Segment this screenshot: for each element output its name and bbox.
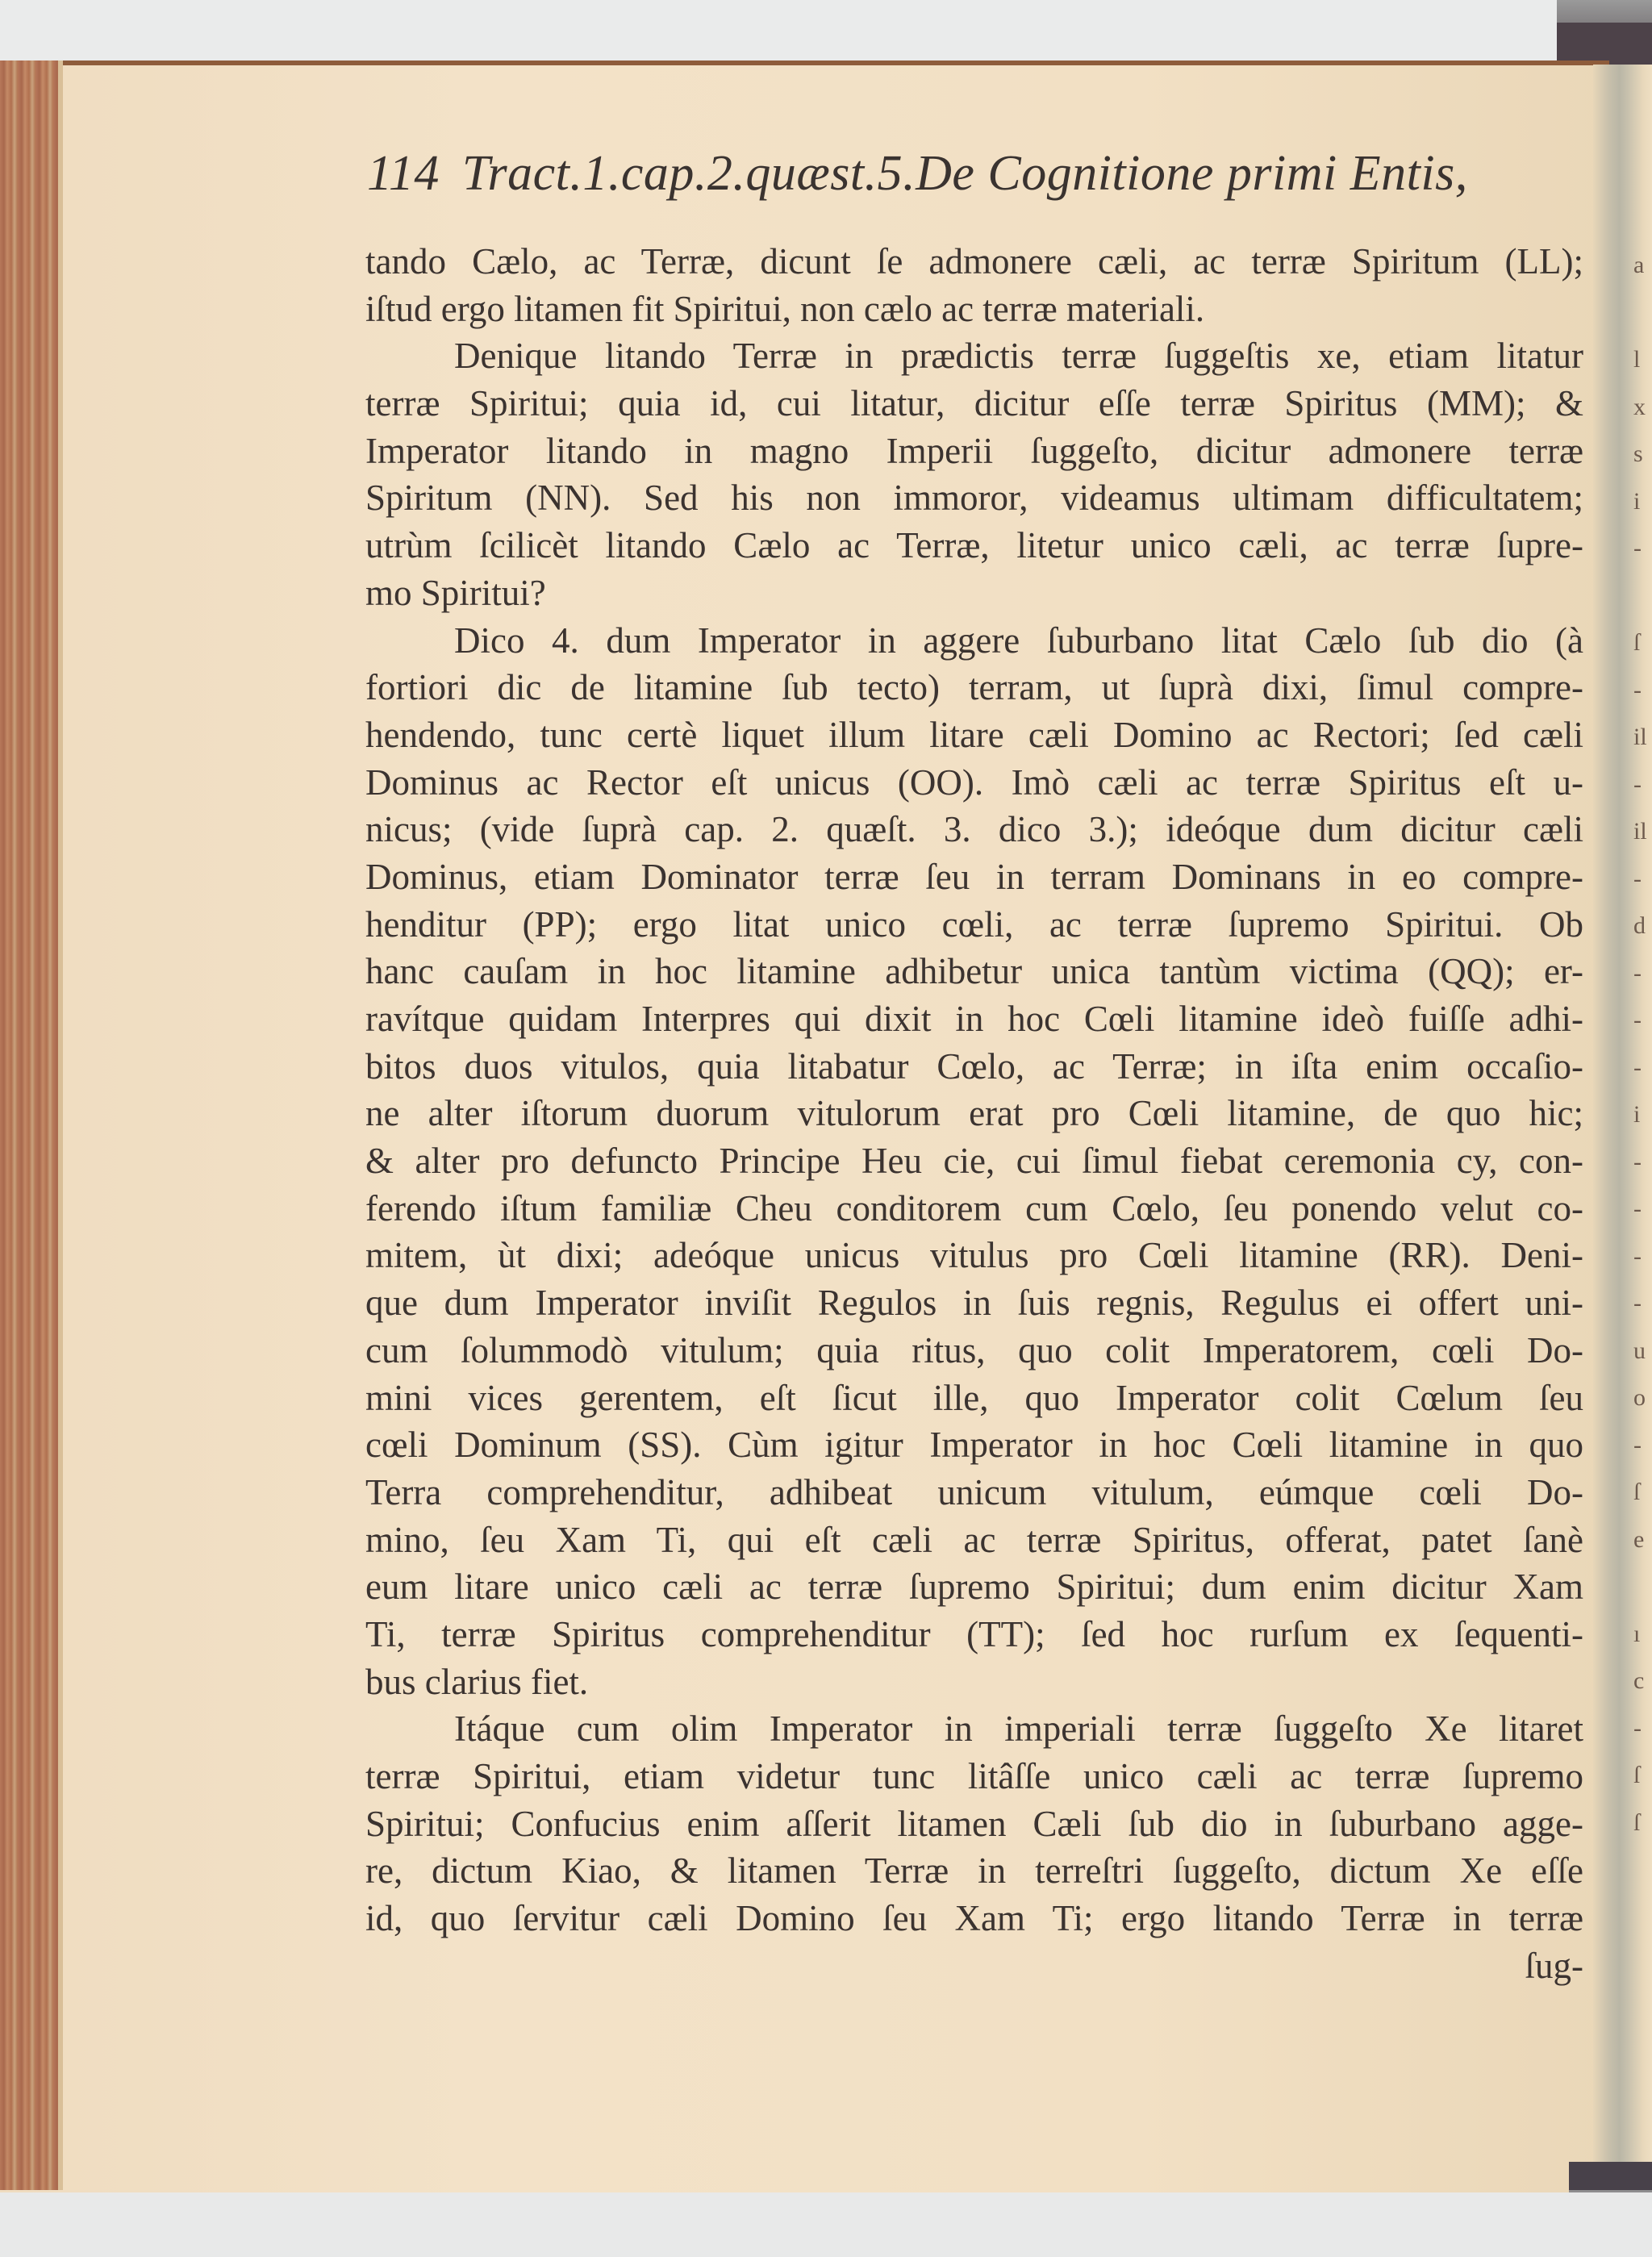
page-number: 114 <box>367 146 440 201</box>
text-line: mino, ſeu Xam Ti, qui eſt cæli ac terræ … <box>365 1516 1583 1564</box>
fragment: - <box>1633 1233 1652 1281</box>
fragment: - <box>1633 1280 1652 1328</box>
page-edges-binding <box>0 60 63 2190</box>
fragment: - <box>1633 667 1652 715</box>
text-line: Ti, terræ Spiritus comprehenditur (TT); … <box>365 1611 1583 1658</box>
fragment: e <box>1633 1516 1652 1564</box>
fragment: - <box>1633 1422 1652 1470</box>
scan-background-bottom <box>0 2192 1652 2257</box>
fragment: x <box>1633 384 1652 432</box>
text-line: henditur (PP); ergo litat unico cœli, ac… <box>365 901 1583 949</box>
fragment: s <box>1633 431 1652 478</box>
fragment <box>1633 573 1652 620</box>
text-line: id, quo ſervitur cæli Domino ſeu Xam Ti;… <box>365 1895 1583 1942</box>
fragment: a <box>1633 242 1652 290</box>
text-line: Spiritum (NN). Sed his non immoror, vide… <box>365 474 1583 522</box>
fragment: c <box>1633 1658 1652 1705</box>
neighbor-page-fragments: a l x s i - ſ - il - il - d - - - i - - … <box>1633 242 1652 2017</box>
text-line: terræ Spiritui, etiam videtur tunc litâſ… <box>365 1753 1583 1800</box>
fragment: l <box>1633 336 1652 384</box>
text-line: bus clarius fiet. <box>365 1658 1583 1706</box>
fragment: - <box>1633 1186 1652 1233</box>
fragment <box>1633 1563 1652 1611</box>
fragment: ſ <box>1633 1752 1652 1800</box>
text-line: hanc cauſam in hoc litamine adhibetur un… <box>365 948 1583 995</box>
fragment: ſ <box>1633 1469 1652 1516</box>
text-line: iſtud ergo litamen fit Spiritui, non cæl… <box>365 286 1583 333</box>
fragment <box>1633 290 1652 337</box>
fragment: i <box>1633 1091 1652 1139</box>
text-line: Spiritui; Confucius enim aſſerit litamen… <box>365 1800 1583 1848</box>
fragment: - <box>1633 1705 1652 1753</box>
catchword: ſug- <box>365 1942 1583 1990</box>
paragraph-start-line: Denique litando Terræ in prædictis terræ… <box>365 332 1583 380</box>
text-line: & alter pro defuncto Principe Heu cie, c… <box>365 1137 1583 1185</box>
fragment: - <box>1633 761 1652 809</box>
text-line: nicus; (vide ſuprà cap. 2. quæſt. 3. dic… <box>365 806 1583 853</box>
fragment: - <box>1633 856 1652 903</box>
fragment: u <box>1633 1328 1652 1375</box>
text-line: Imperator litando in magno Imperii ſugge… <box>365 428 1583 475</box>
clip-shadow <box>1557 23 1652 65</box>
fragment: - <box>1633 1139 1652 1187</box>
text-line: cum ſolummodò vitulum; quia ritus, quo c… <box>365 1327 1583 1375</box>
fragment: - <box>1633 997 1652 1045</box>
text-line: Terra comprehenditur, adhibeat unicum vi… <box>365 1469 1583 1516</box>
paragraph-start-line: Dico 4. dum Imperator in aggere ſuburban… <box>365 617 1583 665</box>
fragment: il <box>1633 808 1652 856</box>
page-clip-top <box>1557 0 1652 65</box>
text-line: mo Spiritui? <box>365 569 1583 617</box>
text-line: hendendo, tunc certè liquet illum litare… <box>365 711 1583 759</box>
scan-background-top <box>0 0 1652 60</box>
text-line: re, dictum Kiao, & litamen Terræ in terr… <box>365 1847 1583 1895</box>
text-line: Dominus ac Rector eſt unicus (OO). Imò c… <box>365 759 1583 807</box>
fragment: ſ <box>1633 620 1652 667</box>
paragraph-start-line: Itáque cum olim Imperator in imperiali t… <box>365 1705 1583 1753</box>
text-line: eum litare unico cæli ac terræ ſupremo S… <box>365 1563 1583 1611</box>
fragment: ı <box>1633 1611 1652 1658</box>
text-line: mitem, ùt dixi; adeóque unicus vitulus p… <box>365 1232 1583 1279</box>
text-line: ne alter iſtorum duorum vitulorum erat p… <box>365 1090 1583 1137</box>
text-line: mini vices gerentem, eſt ſicut ille, quo… <box>365 1375 1583 1422</box>
text-line: terræ Spiritui; quia id, cui litatur, di… <box>365 380 1583 428</box>
fragment: il <box>1633 714 1652 761</box>
fragment: ſ <box>1633 1800 1652 1847</box>
text-line: cœli Dominum (SS). Cùm igitur Imperator … <box>365 1421 1583 1469</box>
text-line: ravítque quidam Interpres qui dixit in h… <box>365 995 1583 1043</box>
text-line: utrùm ſcilicèt litando Cælo ac Terræ, li… <box>365 522 1583 569</box>
running-head: 114Tract.1.cap.2.quæst.5.De Cognitione p… <box>367 145 1577 202</box>
text-line: Dominus, etiam Dominator terræ ſeu in te… <box>365 853 1583 901</box>
fragment: o <box>1633 1375 1652 1422</box>
fragment: i <box>1633 478 1652 526</box>
text-line: tando Cælo, ac Terræ, dicunt ſe admonere… <box>365 238 1583 286</box>
running-head-title: Tract.1.cap.2.quæst.5.De Cognitione prim… <box>462 146 1468 201</box>
text-line: que dum Imperator inviſit Regulos in ſui… <box>365 1279 1583 1327</box>
text-line: fortiori dic de litamine ſub tecto) terr… <box>365 664 1583 711</box>
fragment: - <box>1633 525 1652 573</box>
fragment: - <box>1633 1045 1652 1092</box>
fragment: - <box>1633 950 1652 998</box>
text-line: bitos duos vitulos, quia litabatur Cœlo,… <box>365 1043 1583 1091</box>
body-text: tando Cælo, ac Terræ, dicunt ſe admonere… <box>365 238 1583 1989</box>
text-line: ferendo iſtum familiæ Cheu conditorem cu… <box>365 1185 1583 1233</box>
fragment: d <box>1633 903 1652 950</box>
